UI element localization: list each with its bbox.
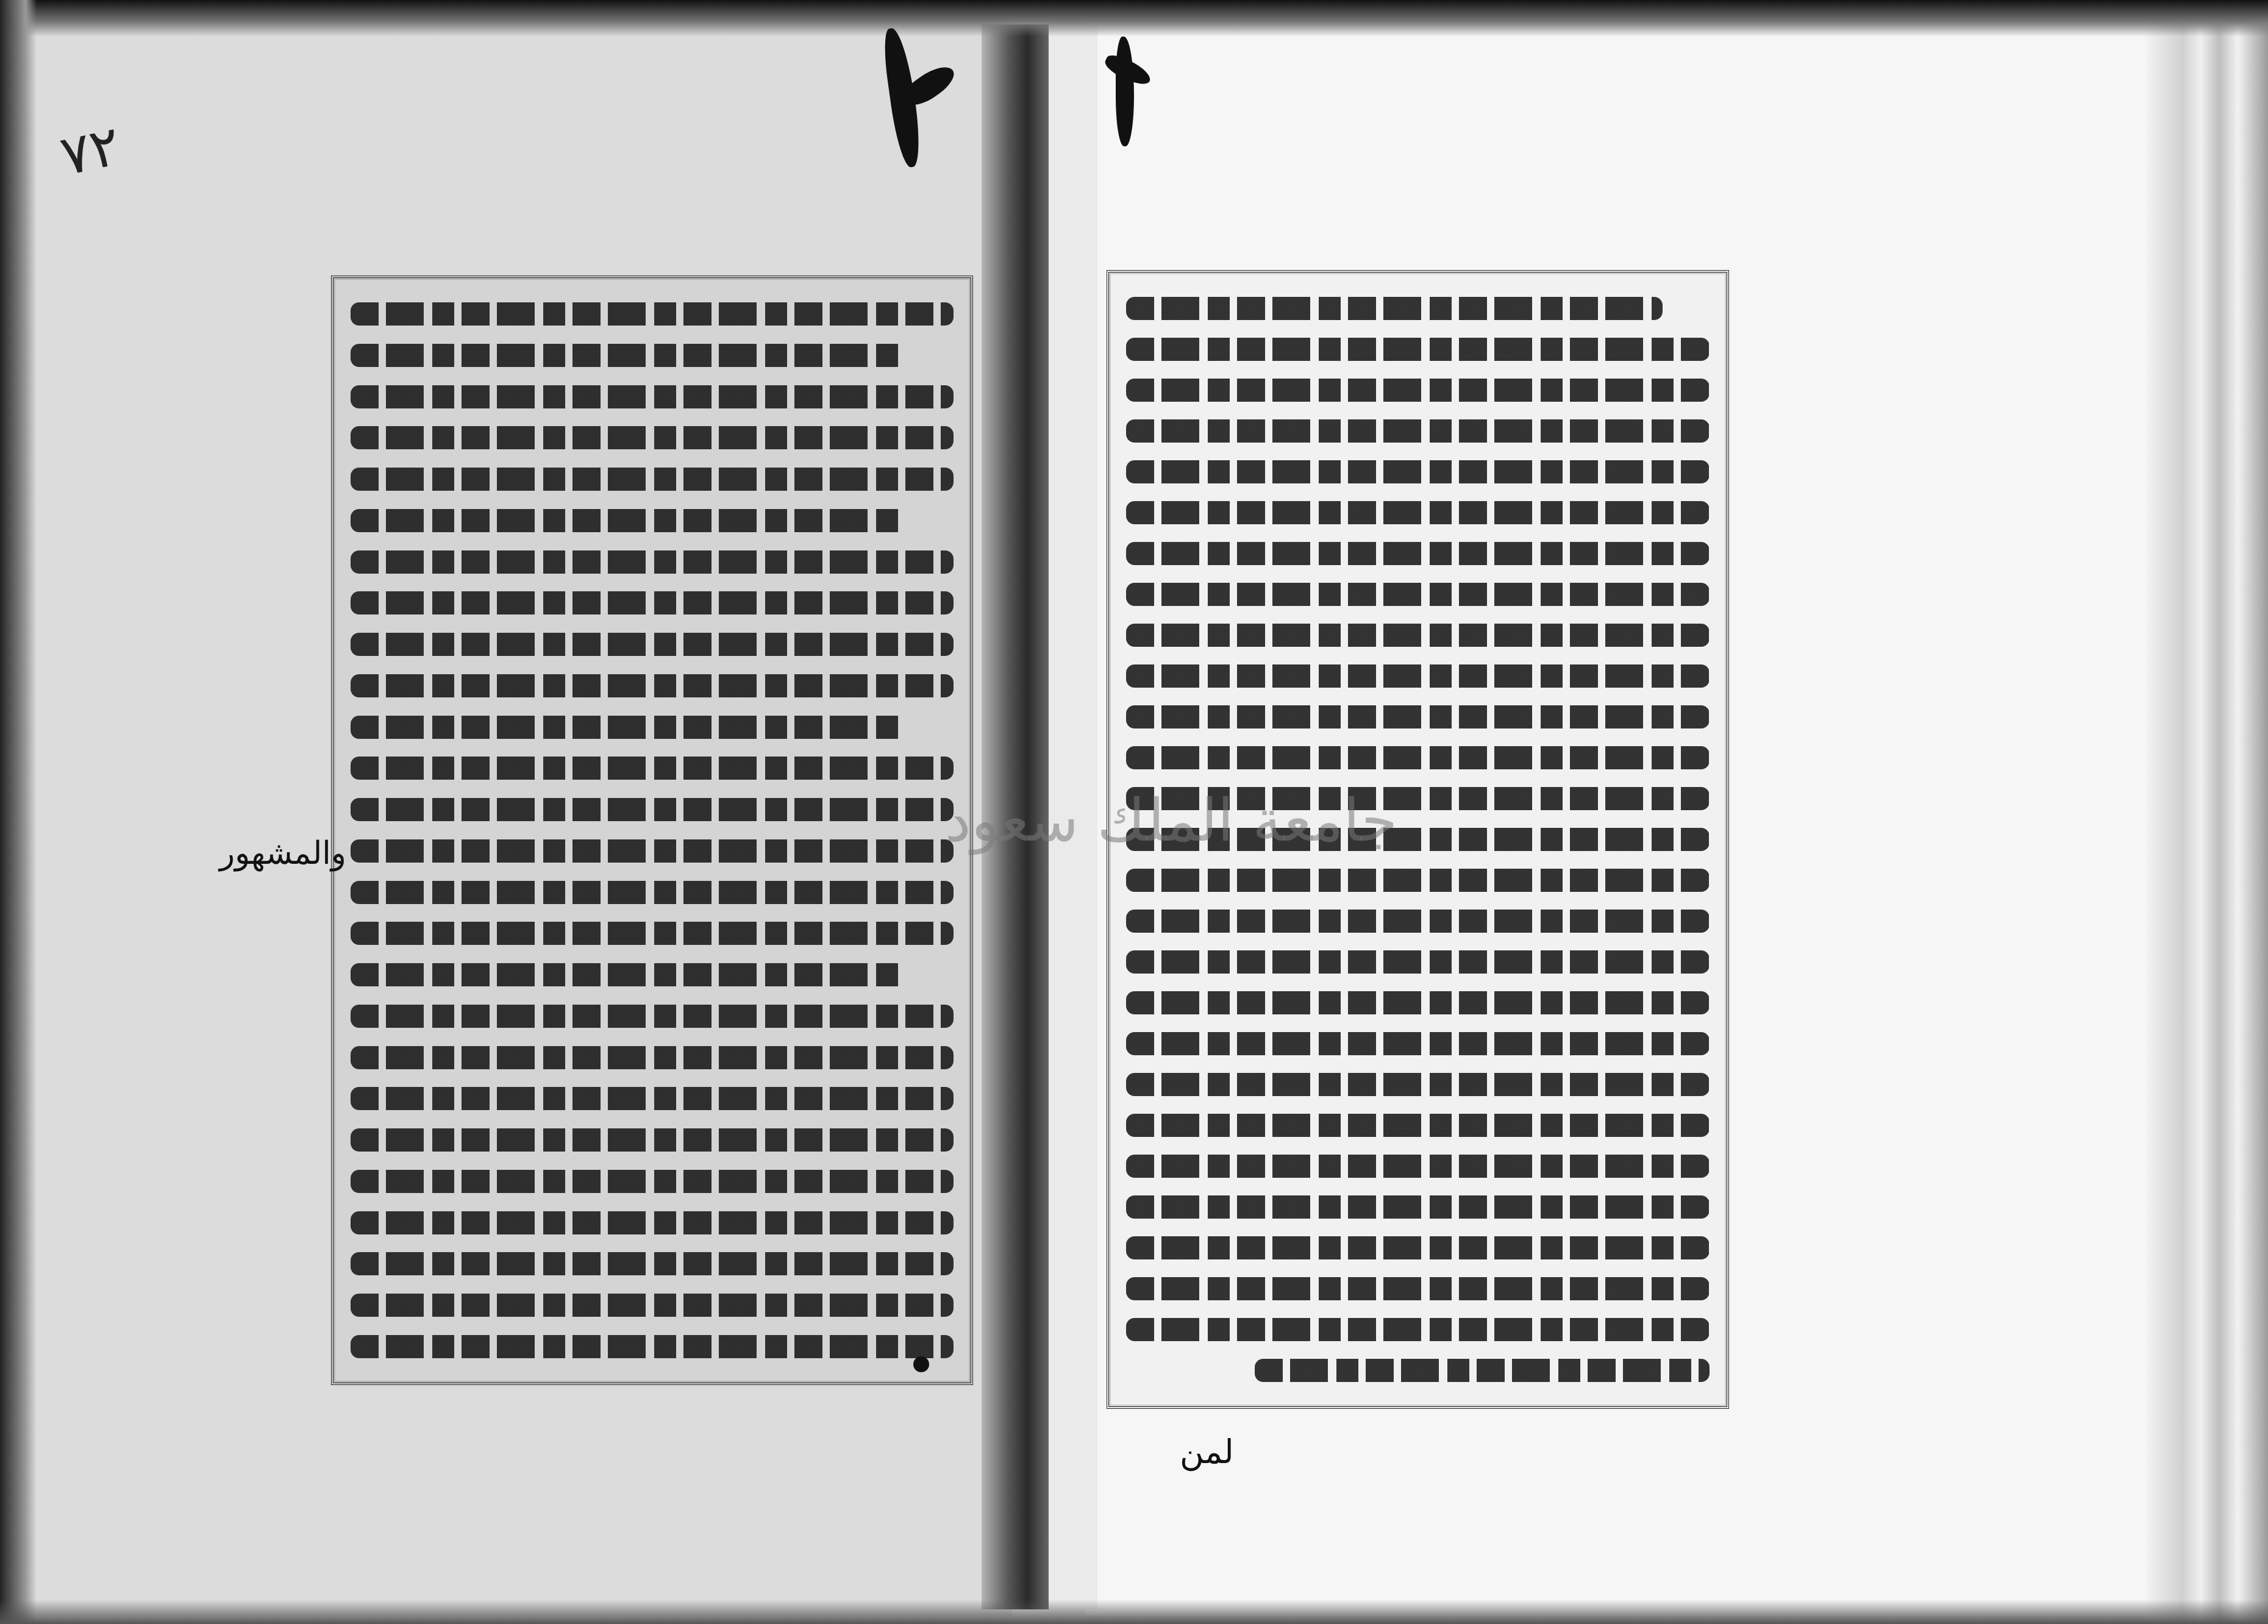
text-line [351,1170,954,1193]
text-line [351,922,954,945]
text-line [351,1046,954,1069]
left-text-block [351,302,954,1358]
library-watermark: جامعة الملك سعود [945,786,1397,855]
text-line [1126,746,1710,769]
bottom-shadow [0,1600,2268,1624]
text-line [351,344,905,367]
left-shadow [0,0,37,1624]
text-line [351,1128,954,1152]
text-line [351,674,954,697]
text-line [351,1252,954,1275]
text-line [351,302,954,326]
text-line [351,633,954,656]
text-line [351,1005,954,1028]
left-text-frame [331,276,973,1385]
top-shadow [0,0,2268,37]
text-line [351,1087,954,1110]
text-line [1126,542,1710,565]
text-line [1126,379,1710,402]
text-line [351,839,954,863]
text-line [1126,991,1710,1014]
text-line [351,550,954,574]
text-line [351,1211,954,1234]
text-line [351,798,954,821]
text-line [1126,950,1710,974]
text-line [1126,1236,1710,1259]
text-line [351,881,954,904]
end-of-text-dot [913,1356,929,1372]
text-line [1126,338,1710,361]
manuscript-scan: ٧٢ [0,0,2268,1624]
text-line [1126,1073,1710,1096]
text-line [1126,705,1710,728]
text-line [1126,419,1710,443]
text-line [351,716,905,739]
text-line [1126,1318,1710,1341]
text-line [1126,460,1710,483]
text-line [351,509,905,532]
text-line [351,1294,954,1317]
catchword-mark: لمن [1180,1433,1234,1471]
text-line [1126,1195,1710,1219]
text-line [351,468,954,491]
text-line [1126,501,1710,524]
text-line [351,1335,954,1358]
text-line [1126,1114,1710,1137]
text-line [1126,664,1710,688]
text-line [1255,1359,1710,1382]
page-edges [2146,0,2268,1624]
text-line [1126,1277,1710,1300]
text-line [1126,624,1710,647]
margin-note: والمشهور [219,835,346,872]
text-line [351,426,954,449]
text-line [1126,869,1710,892]
text-line [351,591,954,614]
text-line [1126,1032,1710,1055]
text-line [1126,297,1663,320]
text-line [1126,583,1710,606]
text-line [351,757,954,780]
text-line [351,963,905,986]
text-line [1126,910,1710,933]
text-line [1126,1155,1710,1178]
text-line [351,385,954,408]
